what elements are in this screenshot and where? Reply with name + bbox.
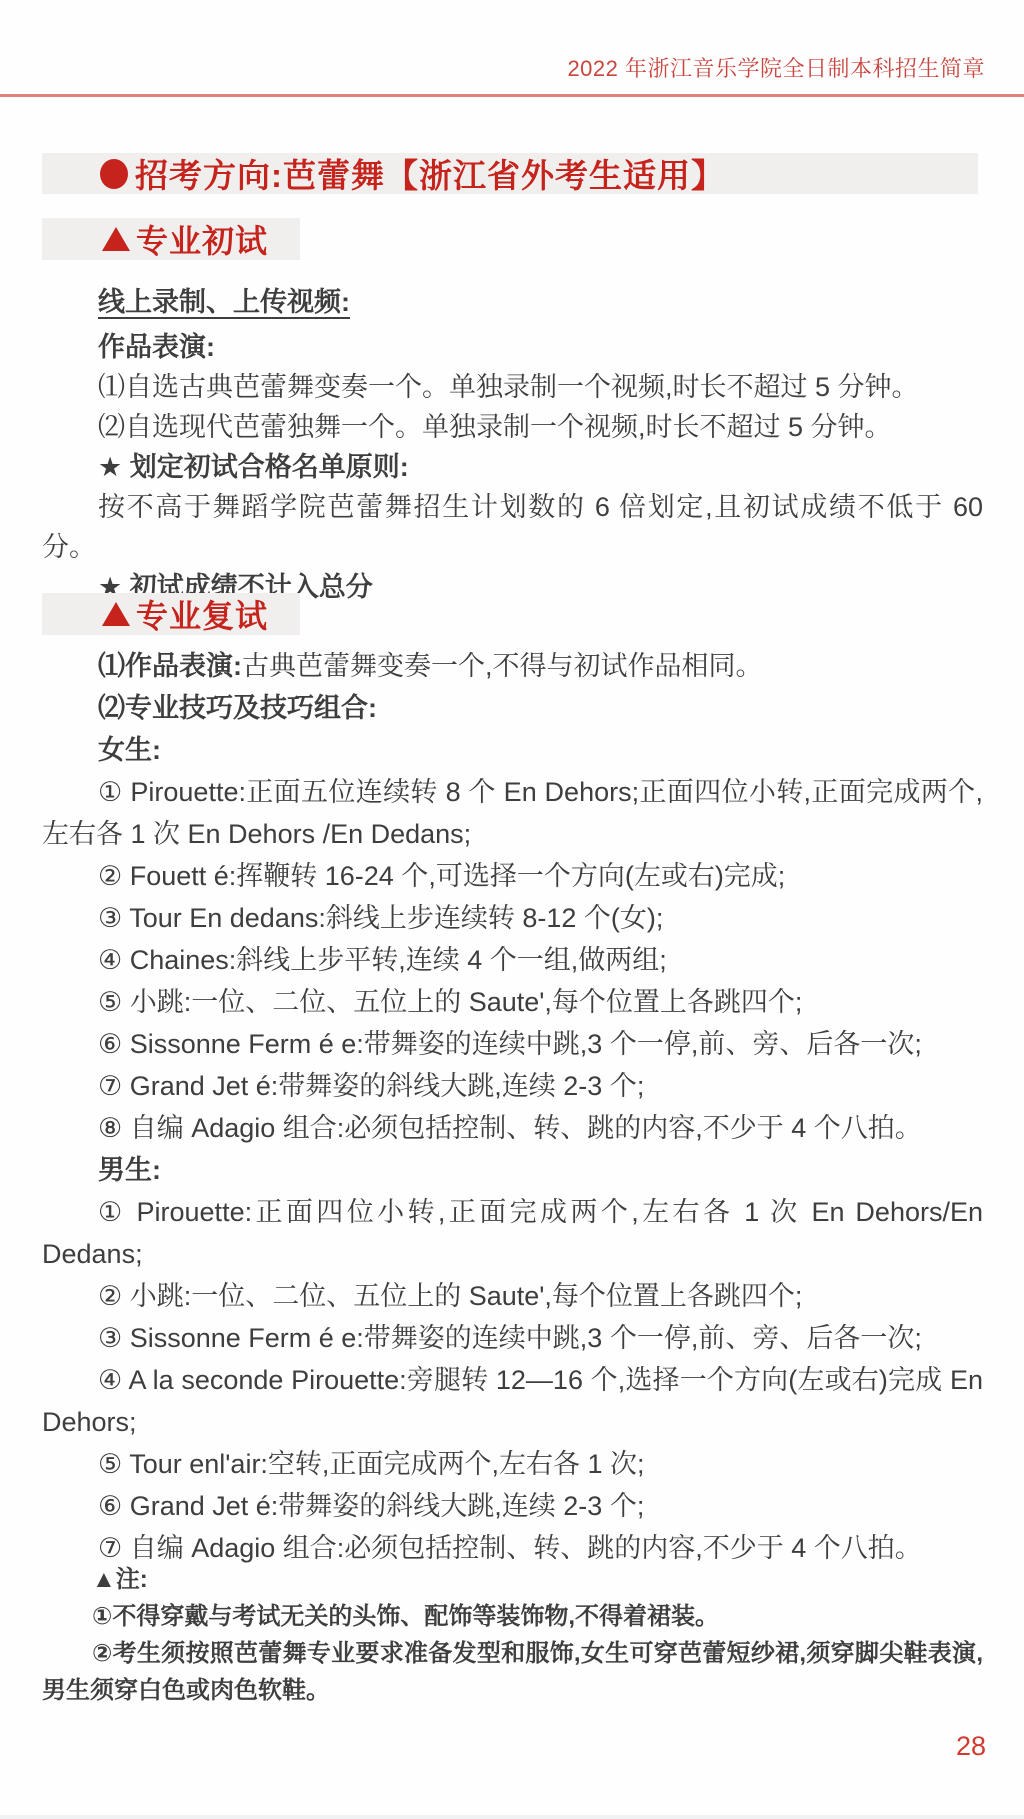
bullet-circle-icon (100, 159, 128, 189)
male-skill-item: ① Pirouette:正面四位小转,正面完成两个,左右各 1 次 En Deh… (42, 1191, 983, 1275)
retest-item-1: ⑴作品表演:古典芭蕾舞变奏一个,不得与初试作品相同。 (42, 645, 983, 687)
notes-label: ▲注: (42, 1561, 983, 1598)
retest-item-1-text: 古典芭蕾舞变奏一个,不得与初试作品相同。 (242, 651, 763, 681)
admission-direction-heading-bar: 招考方向:芭蕾舞【浙江省外考生适用】 (42, 153, 978, 194)
notes-block: ▲注: ①不得穿戴与考试无关的头饰、配饰等装饰物,不得着裙装。 ②考生须按照芭蕾… (42, 1561, 983, 1709)
male-skill-item: ② 小跳:一位、二位、五位上的 Saute',每个位置上各跳四个; (42, 1275, 983, 1317)
first-test-content: 线上录制、上传视频: 作品表演: ⑴自选古典芭蕾舞变奏一个。单独录制一个视频,时… (42, 282, 983, 607)
retest-item-1-label: ⑴作品表演: (98, 651, 242, 681)
document-page: 2022 年浙江音乐学院全日制本科招生简章 招考方向:芭蕾舞【浙江省外考生适用】… (0, 0, 1024, 1819)
female-skill-item: ⑦ Grand Jet é:带舞姿的斜线大跳,连续 2-3 个; (42, 1065, 983, 1107)
female-section-label: 女生: (42, 729, 983, 771)
qualified-list-rule-text: 按不高于舞蹈学院芭蕾舞招生计划数的 6 倍划定,且初试成绩不低于 60 分。 (42, 487, 983, 567)
female-skill-item: ④ Chaines:斜线上步平转,连续 4 个一组,做两组; (42, 939, 983, 981)
page-number: 28 (956, 1731, 986, 1762)
first-test-item-2: ⑵自选现代芭蕾独舞一个。单独录制一个视频,时长不超过 5 分钟。 (42, 407, 983, 447)
triangle-icon (102, 602, 130, 626)
first-test-heading-text: 专业初试 (136, 216, 268, 262)
retest-heading-bar: 专业复试 (42, 593, 300, 635)
female-skill-item: ③ Tour En dedans:斜线上步连续转 8-12 个(女); (42, 897, 983, 939)
note-item: ①不得穿戴与考试无关的头饰、配饰等装饰物,不得着裙装。 (42, 1598, 983, 1635)
female-skill-item: ① Pirouette:正面五位连续转 8 个 En Dehors;正面四位小转… (42, 771, 983, 855)
male-skill-item: ③ Sissonne Ferm é e:带舞姿的连续中跳,3 个一停,前、旁、后… (42, 1317, 983, 1359)
works-performance-label: 作品表演: (42, 327, 983, 367)
female-skill-item: ⑤ 小跳:一位、二位、五位上的 Saute',每个位置上各跳四个; (42, 981, 983, 1023)
female-skill-item: ② Fouett é:挥鞭转 16-24 个,可选择一个方向(左或右)完成; (42, 855, 983, 897)
admission-direction-heading-text: 招考方向:芭蕾舞【浙江省外考生适用】 (135, 150, 725, 197)
header-divider-line (0, 94, 1024, 97)
female-skill-item: ⑧ 自编 Adagio 组合:必须包括控制、转、跳的内容,不少于 4 个八拍。 (42, 1107, 983, 1149)
note-item: ②考生须按照芭蕾舞专业要求准备发型和服饰,女生可穿芭蕾短纱裙,须穿脚尖鞋表演,男… (42, 1635, 983, 1709)
male-skill-item: ④ A la seconde Pirouette:旁腿转 12—16 个,选择一… (42, 1359, 983, 1443)
qualified-list-rule-heading: ★ 划定初试合格名单原则: (42, 447, 983, 487)
retest-item-2: ⑵专业技巧及技巧组合: (42, 687, 983, 729)
male-skill-item: ⑤ Tour enl'air:空转,正面完成两个,左右各 1 次; (42, 1443, 983, 1485)
retest-content: ⑴作品表演:古典芭蕾舞变奏一个,不得与初试作品相同。 ⑵专业技巧及技巧组合: 女… (42, 645, 983, 1569)
retest-heading-text: 专业复试 (136, 591, 268, 637)
male-skill-item: ⑥ Grand Jet é:带舞姿的斜线大跳,连续 2-3 个; (42, 1485, 983, 1527)
first-test-item-1: ⑴自选古典芭蕾舞变奏一个。单独录制一个视频,时长不超过 5 分钟。 (42, 367, 983, 407)
male-section-label: 男生: (42, 1149, 983, 1191)
online-recording-heading: 线上录制、上传视频: (42, 282, 983, 322)
triangle-icon (102, 227, 130, 251)
page-bottom-edge (0, 1815, 1024, 1819)
running-header-title: 2022 年浙江音乐学院全日制本科招生简章 (567, 52, 985, 83)
first-test-heading-bar: 专业初试 (42, 218, 300, 260)
female-skill-item: ⑥ Sissonne Ferm é e:带舞姿的连续中跳,3 个一停,前、旁、后… (42, 1023, 983, 1065)
